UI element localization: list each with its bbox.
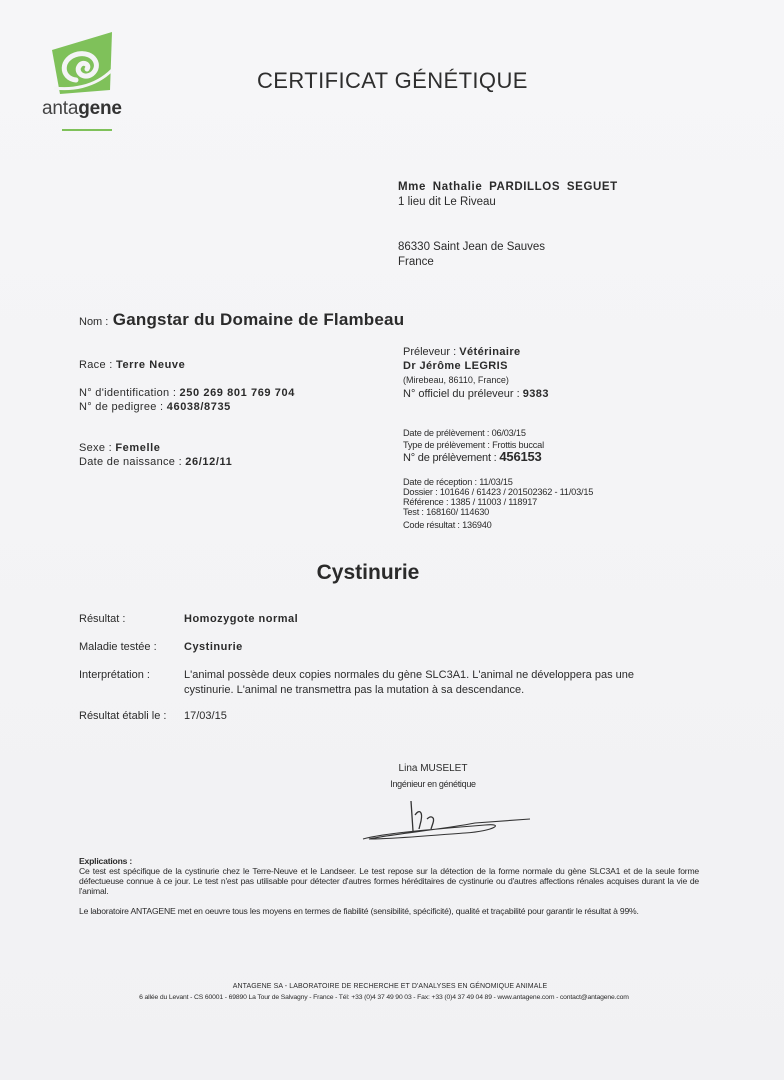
result-label: Résultat :	[79, 612, 184, 627]
sampler-type: Vétérinaire	[459, 346, 520, 358]
dossier-label: Dossier :	[403, 487, 437, 497]
recipient-name: Mme Nathalie PARDILLOS SEGUET	[398, 180, 618, 195]
signature-block: Lina MUSELET Ingénieur en génétique	[345, 763, 535, 853]
recipient-country: France	[398, 255, 545, 270]
code-value: 136940	[462, 520, 491, 530]
footer-company: ANTAGENE SA - LABORATOIRE DE RECHERCHE E…	[0, 983, 784, 990]
identification-block: N° d'identification : 250 269 801 769 70…	[79, 386, 295, 414]
logo-underline	[62, 129, 112, 131]
recipient-address: Mme Nathalie PARDILLOS SEGUET 1 lieu dit…	[398, 180, 618, 210]
footer-contact-text: 6 allée du Levant - CS 60001 - 69890 La …	[139, 994, 629, 1001]
logo-wordmark: antagene	[42, 98, 122, 120]
sampler-name: Dr Jérôme LEGRIS	[403, 360, 508, 372]
sampler-type-label: Préleveur :	[403, 346, 456, 358]
sex-birth-block: Sexe : Femelle Date de naissance : 26/12…	[79, 441, 232, 469]
signatory-role: Ingénieur en génétique	[373, 779, 493, 789]
recipient-city: 86330 Saint Jean de Sauves	[398, 240, 545, 255]
reception-label: Date de réception :	[403, 477, 477, 487]
id-label: N° d'identification :	[79, 387, 176, 399]
reception-date: 11/03/15	[479, 477, 512, 487]
pedigree-label: N° de pedigree :	[79, 401, 163, 413]
reference-label: Référence :	[403, 497, 448, 507]
race-row: Race : Terre Neuve	[79, 358, 185, 372]
test-value: 168160/ 114630	[426, 507, 489, 517]
recipient-city-block: 86330 Saint Jean de Sauves France	[398, 240, 545, 270]
race-label: Race :	[79, 359, 113, 371]
pedigree-value: 46038/8735	[167, 401, 231, 413]
sampler-official-label: N° officiel du préleveur :	[403, 388, 520, 400]
signatory-name: Lina MUSELET	[373, 763, 493, 774]
sample-block: Date de prélèvement : 06/03/15 Type de p…	[403, 427, 544, 464]
result-value: Homozygote normal	[184, 612, 654, 627]
explanations-heading: Explications :	[79, 856, 699, 866]
certificate-page: antagene CERTIFICAT GÉNÉTIQUE Mme Nathal…	[0, 0, 784, 1080]
race-value: Terre Neuve	[116, 359, 185, 371]
sample-date-label: Date de prélèvement :	[403, 428, 489, 438]
disease-title: Cystinurie	[0, 561, 784, 585]
disease-title-text: Cystinurie	[317, 561, 420, 584]
explanations: Explications : Ce test est spécifique de…	[79, 856, 699, 916]
sample-number: 456153	[499, 449, 541, 464]
animal-name-label: Nom :	[79, 316, 108, 328]
sex-label: Sexe :	[79, 442, 112, 454]
disease-tested-value: Cystinurie	[184, 640, 654, 655]
handwritten-signature-icon	[345, 789, 535, 849]
code-label: Code résultat :	[403, 520, 460, 530]
disease-tested-label: Maladie testée :	[79, 640, 184, 655]
explanations-paragraph-1: Ce test est spécifique de la cystinurie …	[79, 866, 699, 896]
explanations-paragraph-2: Le laboratoire ANTAGENE met en oeuvre to…	[79, 906, 699, 916]
interpretation-label: Interprétation :	[79, 668, 184, 683]
document-title: CERTIFICAT GÉNÉTIQUE	[257, 68, 528, 94]
animal-name: Gangstar du Domaine de Flambeau	[113, 310, 404, 329]
test-label: Test :	[403, 507, 424, 517]
dossier-value: 101646 / 61423 / 201502362 - 11/03/15	[440, 487, 593, 497]
recipient-street: 1 lieu dit Le Riveau	[398, 195, 618, 210]
sampler-official-no: 9383	[523, 388, 549, 400]
result-date-value: 17/03/15	[184, 709, 654, 724]
sample-type-label: Type de prélèvement :	[403, 440, 490, 450]
sample-number-label: N° de prélèvement :	[403, 452, 497, 464]
sampler-location: (Mirebeau, 86110, France)	[403, 373, 549, 387]
animal-name-row: Nom : Gangstar du Domaine de Flambeau	[79, 310, 404, 330]
sex-value: Femelle	[115, 442, 160, 454]
birth-value: 26/12/11	[185, 456, 232, 468]
reception-block: Date de réception : 11/03/15 Dossier : 1…	[403, 477, 593, 530]
footer-company-text: ANTAGENE SA - LABORATOIRE DE RECHERCHE E…	[233, 983, 548, 990]
birth-label: Date de naissance :	[79, 456, 182, 468]
sampler-block: Préleveur : Vétérinaire Dr Jérôme LEGRIS…	[403, 345, 549, 401]
result-date-label: Résultat établi le :	[79, 709, 184, 724]
interpretation-value: L'animal possède deux copies normales du…	[184, 668, 654, 698]
antagene-spiral-logo-icon	[46, 30, 116, 96]
sample-date: 06/03/15	[492, 428, 526, 438]
id-value: 250 269 801 769 704	[180, 387, 295, 399]
reference-value: 1385 / 11003 / 118917	[451, 497, 537, 507]
footer-contact: 6 allée du Levant - CS 60001 - 69890 La …	[0, 994, 784, 1001]
antagene-logo: antagene	[42, 30, 132, 140]
